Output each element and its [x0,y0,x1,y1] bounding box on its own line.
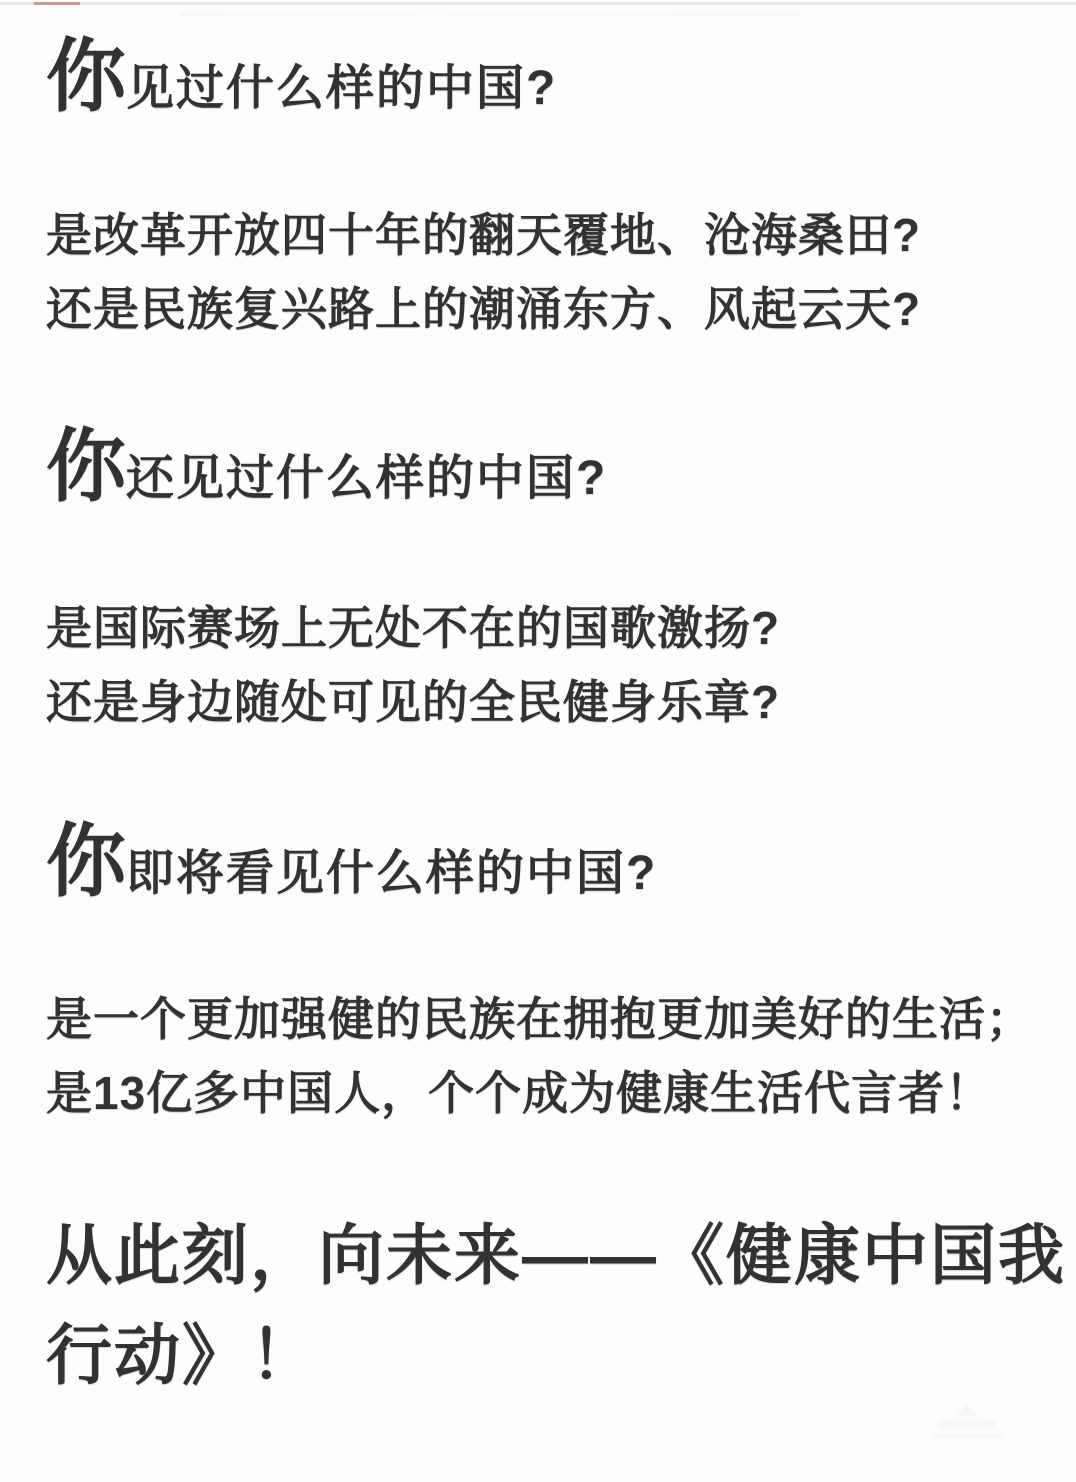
top-edge-smudge [180,11,800,16]
paragraph-reform-era: 是改革开放四十年的翻天覆地、沧海桑田? 还是民族复兴路上的潮涌东方、风起云天? [46,198,921,346]
paragraph-healthy-life: 是一个更加强健的民族在拥抱更加美好的生活； 是13亿多中国人，个个成为健康生活代… [46,982,1033,1130]
heading-seen-china: 你见过什么样的中国? [46,37,557,117]
watermark [930,1402,1010,1450]
heading-future-china: 你即将看见什么样的中国? [46,822,657,902]
closing-line: 从此刻，向未来——《健康中国我 [46,1205,1066,1305]
watermark-text-row [938,1420,996,1428]
heading-text: 即将看见什么样的中国? [126,847,657,900]
paragraph-line: 是一个更加强健的民族在拥抱更加美好的生活； [46,982,1033,1056]
top-edge-line [0,2,1076,5]
paragraph-line: 是改革开放四十年的翻天覆地、沧海桑田? [46,198,921,272]
paragraph-line: 还是民族复兴路上的潮涌东方、风起云天? [46,272,921,346]
watermark-logo-icon [956,1404,978,1416]
heading-also-seen-china: 你还见过什么样的中国? [46,427,607,507]
top-edge-red-accent [34,2,80,5]
heading-drop-cap: 你 [46,32,126,121]
watermark-text-row [932,1432,1002,1439]
paragraph-line: 是国际赛场上无处不在的国歌激扬? [46,591,780,665]
heading-drop-cap: 你 [46,422,126,511]
heading-text: 还见过什么样的中国? [126,452,607,505]
heading-text: 见过什么样的中国? [126,62,557,115]
paragraph-national-fitness: 是国际赛场上无处不在的国歌激扬? 还是身边随处可见的全民健身乐章? [46,591,780,739]
article-page: 你见过什么样的中国? 是改革开放四十年的翻天覆地、沧海桑田? 还是民族复兴路上的… [0,0,1076,1482]
closing-slogan: 从此刻，向未来——《健康中国我 行动》！ [46,1205,1066,1405]
closing-line: 行动》！ [46,1305,1066,1405]
paragraph-line: 还是身边随处可见的全民健身乐章? [46,665,780,739]
paragraph-line: 是13亿多中国人，个个成为健康生活代言者！ [46,1056,1033,1130]
heading-drop-cap: 你 [46,817,126,906]
